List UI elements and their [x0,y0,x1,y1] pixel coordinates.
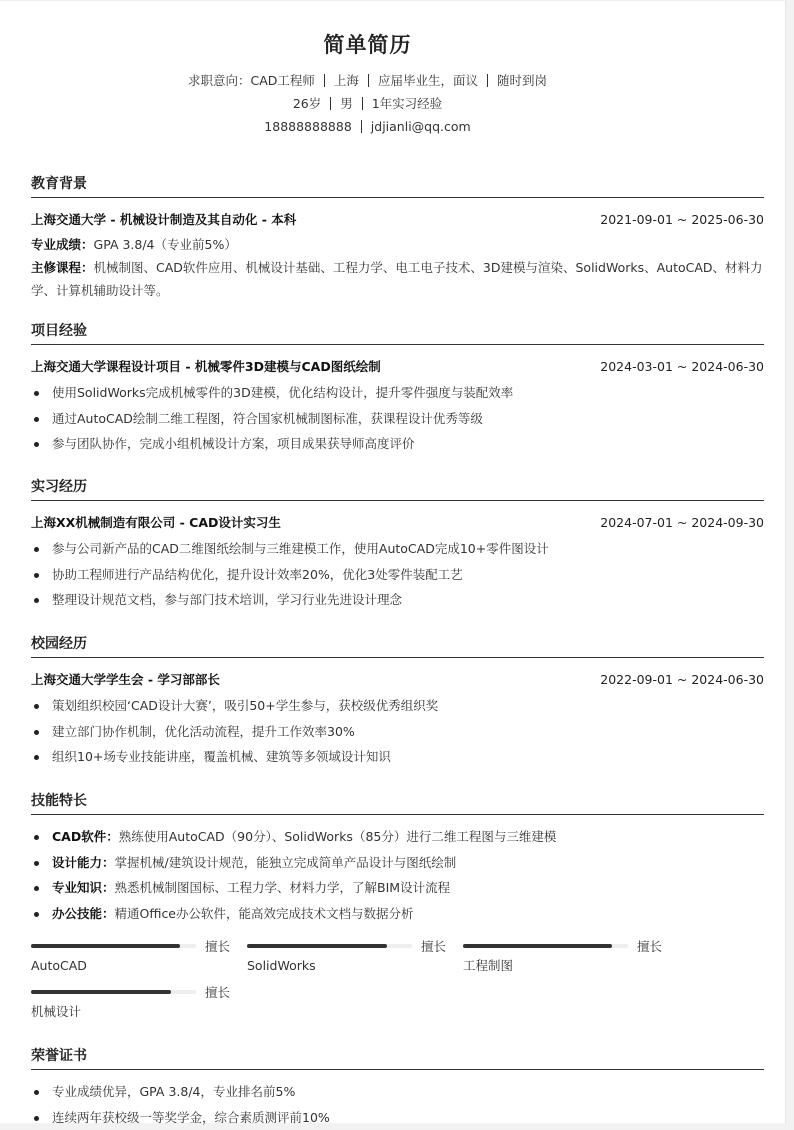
list-item: 办公技能：精通Office办公软件，能高效完成技术文档与数据分析 [31,901,764,927]
skill-level: 擅长 [205,937,230,955]
date-range: 2022-09-01 ~ 2024-06-30 [600,667,764,693]
skill-name: SolidWorks [247,956,463,976]
availability: 随时到岗 [488,69,556,92]
company-role: 上海XX机械制造有限公司 - CAD设计实习生 [31,510,281,536]
internship-bullets: 参与公司新产品的CAD二维图纸绘制与三维建模工作，使用AutoCAD完成10+零… [31,536,764,613]
experience: 1年实习经验 [363,92,451,115]
age: 26岁 [284,92,330,115]
job-intent: 求职意向：CAD工程师 [179,69,324,92]
date-range: 2024-03-01 ~ 2024-06-30 [600,354,764,380]
progress-bar [31,944,196,948]
list-item: 专业知识：熟悉机械制图国标、工程力学、材料力学，了解BIM设计流程 [31,875,764,901]
status: 应届毕业生，面议 [369,69,487,92]
project-name: 上海交通大学课程设计项目 - 机械零件3D建模与CAD图纸绘制 [31,354,381,380]
skill-text: 熟悉机械制图国标、工程力学、材料力学，了解BIM设计流程 [115,880,451,895]
resume-title: 简单简历 [0,31,785,59]
date-range: 2024-07-01 ~ 2024-09-30 [600,510,764,536]
job-intent-line: 求职意向：CAD工程师 上海 应届毕业生，面议 随时到岗 [0,69,785,92]
resume-header: 简单简历 求职意向：CAD工程师 上海 应届毕业生，面议 随时到岗 26岁 男 … [0,1,785,138]
progress-bar [31,990,196,994]
section-title: 荣誉证书 [31,1045,764,1070]
resume-page: 简单简历 求职意向：CAD工程师 上海 应届毕业生，面议 随时到岗 26岁 男 … [0,0,786,1123]
skill-text: 熟练使用AutoCAD（90分）、SolidWorks（85分）进行二维工程图与… [119,829,557,844]
courses-value: 机械制图、CAD软件应用、机械设计基础、工程力学、电工电子技术、3D建模与渲染、… [31,260,763,298]
section-campus: 校园经历 上海交通大学学生会 - 学习部部长 2022-09-01 ~ 2024… [31,633,764,770]
progress-fill [247,944,387,948]
skill-name: 工程制图 [463,956,679,976]
contact-line: 18888888888 jdjianli@qq.com [0,115,785,138]
project-bullets: 使用SolidWorks完成机械零件的3D建模，优化结构设计，提升零件强度与装配… [31,380,764,457]
list-item: 建立部门协作机制，优化活动流程，提升工作效率30% [31,719,764,745]
section-education: 教育背景 上海交通大学 - 机械设计制造及其自动化 - 本科 2021-09-0… [31,173,764,302]
phone: 18888888888 [255,115,360,138]
section-title: 教育背景 [31,173,764,198]
grade-value: GPA 3.8/4（专业前5%） [94,237,237,252]
skill-bar-solidworks: 擅长 SolidWorks [247,936,463,976]
section-title: 实习经历 [31,476,764,501]
list-item: 协助工程师进行产品结构优化，提升设计效率20%，优化3处零件装配工艺 [31,562,764,588]
skill-text: 精通Office办公软件，能高效完成技术文档与数据分析 [115,906,414,921]
project-entry-head: 上海交通大学课程设计项目 - 机械零件3D建模与CAD图纸绘制 2024-03-… [31,354,764,380]
list-item: 专业成绩优异，GPA 3.8/4，专业排名前5% [31,1079,764,1105]
skill-name: AutoCAD [31,956,247,976]
skill-label: 办公技能： [52,906,115,921]
email[interactable]: jdjianli@qq.com [362,115,480,138]
section-honors: 荣誉证书 专业成绩优异，GPA 3.8/4，专业排名前5% 连续两年获校级一等奖… [31,1045,764,1123]
progress-fill [31,990,171,994]
list-item: 连续两年获校级一等奖学金，综合素质测评前10% [31,1105,764,1124]
skill-bar-mechanical-design: 擅长 机械设计 [31,982,247,1022]
list-item: 整理设计规范文档，参与部门技术培训，学习行业先进设计理念 [31,587,764,613]
list-item: 使用SolidWorks完成机械零件的3D建模，优化结构设计，提升零件强度与装配… [31,380,764,406]
skill-name: 机械设计 [31,1002,247,1022]
section-internship: 实习经历 上海XX机械制造有限公司 - CAD设计实习生 2024-07-01 … [31,476,764,613]
skill-bar-engineering-drawing: 擅长 工程制图 [463,936,679,976]
personal-info-line: 26岁 男 1年实习经验 [0,92,785,115]
section-title: 校园经历 [31,633,764,658]
list-item: 参与公司新产品的CAD二维图纸绘制与三维建模工作，使用AutoCAD完成10+零… [31,536,764,562]
list-item: 策划组织校园‘CAD设计大赛’，吸引50+学生参与，获校级优秀组织奖 [31,693,764,719]
campus-bullets: 策划组织校园‘CAD设计大赛’，吸引50+学生参与，获校级优秀组织奖 建立部门协… [31,693,764,770]
skill-level: 擅长 [205,983,230,1001]
skill-level: 擅长 [421,937,446,955]
progress-fill [31,944,180,948]
courses-label: 主修课程： [31,260,94,275]
list-item: 组织10+场专业技能讲座，覆盖机械、建筑等多领域设计知识 [31,744,764,770]
skill-label: 设计能力： [52,855,115,870]
section-title: 技能特长 [31,790,764,815]
grade-line: 专业成绩：GPA 3.8/4（专业前5%） [31,233,764,256]
grade-label: 专业成绩： [31,237,94,252]
skill-bars: 擅长 AutoCAD 擅长 SolidWorks 擅长 工程制图 擅长 机械设计 [31,936,764,1028]
date-range: 2021-09-01 ~ 2025-06-30 [600,207,764,233]
campus-entry-head: 上海交通大学学生会 - 学习部部长 2022-09-01 ~ 2024-06-3… [31,667,764,693]
list-item: CAD软件：熟练使用AutoCAD（90分）、SolidWorks（85分）进行… [31,824,764,850]
skill-bar-autocad: 擅长 AutoCAD [31,936,247,976]
list-item: 参与团队协作，完成小组机械设计方案，项目成果获导师高度评价 [31,431,764,457]
skills-bullets: CAD软件：熟练使用AutoCAD（90分）、SolidWorks（85分）进行… [31,824,764,926]
progress-bar [463,944,628,948]
skill-label: 专业知识： [52,880,115,895]
school-major-degree: 上海交通大学 - 机械设计制造及其自动化 - 本科 [31,207,296,233]
location: 上海 [325,69,368,92]
skill-text: 掌握机械/建筑设计规范，能独立完成简单产品设计与图纸绘制 [115,855,457,870]
progress-bar [247,944,412,948]
progress-fill [463,944,612,948]
skill-level: 擅长 [637,937,662,955]
courses-line: 主修课程：机械制图、CAD软件应用、机械设计基础、工程力学、电工电子技术、3D建… [31,256,764,302]
list-item: 通过AutoCAD绘制二维工程图，符合国家机械制图标准，获课程设计优秀等级 [31,406,764,432]
section-title: 项目经验 [31,320,764,345]
list-item: 设计能力：掌握机械/建筑设计规范，能独立完成简单产品设计与图纸绘制 [31,850,764,876]
honors-bullets: 专业成绩优异，GPA 3.8/4，专业排名前5% 连续两年获校级一等奖学金，综合… [31,1079,764,1123]
skill-label: CAD软件： [52,829,119,844]
organization-role: 上海交通大学学生会 - 学习部部长 [31,667,220,693]
gender: 男 [331,92,362,115]
internship-entry-head: 上海XX机械制造有限公司 - CAD设计实习生 2024-07-01 ~ 202… [31,510,764,536]
education-entry-head: 上海交通大学 - 机械设计制造及其自动化 - 本科 2021-09-01 ~ 2… [31,207,764,233]
section-project: 项目经验 上海交通大学课程设计项目 - 机械零件3D建模与CAD图纸绘制 202… [31,320,764,457]
section-skills: 技能特长 CAD软件：熟练使用AutoCAD（90分）、SolidWorks（8… [31,790,764,1028]
